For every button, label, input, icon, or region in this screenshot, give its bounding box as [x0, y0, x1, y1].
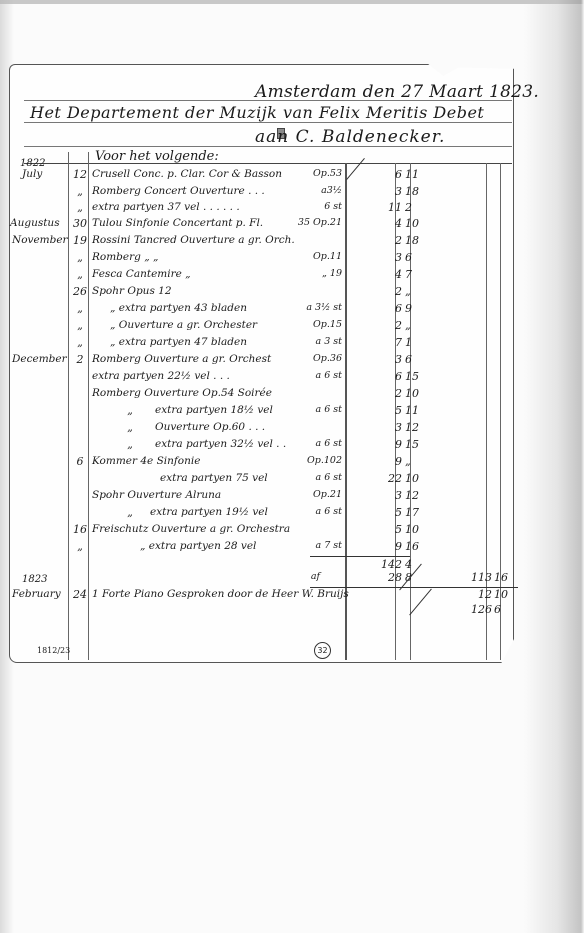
entry-day: „ [70, 201, 90, 214]
entry-guilders: 22 [362, 472, 402, 485]
entry-stivers: 6 [405, 353, 427, 366]
entry-guilders: 9 [362, 540, 402, 553]
net-stivers: 16 [494, 571, 516, 584]
entry-day: „ [120, 421, 140, 434]
scan-border-top [0, 0, 584, 4]
entry-reference: 35 Op.21 [280, 217, 342, 228]
entry-reference: Op.102 [280, 455, 342, 466]
entry-description: Rossini Tancred Ouverture a gr. Orch. [92, 234, 295, 246]
ledger-row: „ extra partyen 18½ vel a 6 st 5 11 [0, 404, 584, 422]
ledger-row: 6 Kommer 4e Sinfonie Op.102 9 „ [0, 455, 584, 473]
ledger-row: Augustus 30 Tulou Sinfonie Concertant p.… [0, 217, 584, 235]
entry-stivers: 10 [494, 588, 516, 601]
entry-reference: Op.11 [280, 251, 342, 262]
ledger-row: 16 Freischutz Ouverture a gr. Orchestra … [0, 523, 584, 541]
entry-guilders: 7 [362, 336, 402, 349]
entry-day: 26 [70, 285, 90, 298]
entry-description: Tulou Sinfonie Concertant p. Fl. [92, 217, 263, 229]
intro-text: Voor het volgende: [95, 149, 219, 164]
entry-stivers: 17 [405, 506, 427, 519]
entry-description: extra partyen 19½ vel [150, 506, 268, 518]
entry-guilders: 3 [362, 251, 402, 264]
entry-guilders: 2 [362, 285, 402, 298]
entry-day: 19 [70, 234, 90, 247]
entry-day: „ [120, 506, 140, 519]
entry-stivers: 9 [405, 302, 427, 315]
entry-guilders: 6 [362, 168, 402, 181]
entry-stivers: 11 [405, 168, 427, 181]
ledger-row: „ Romberg „ „ Op.11 3 6 [0, 251, 584, 269]
entry-day: 2 [70, 353, 90, 366]
entry-description: 1 Forte Piano Gesproken door de Heer W. … [92, 588, 349, 600]
entry-stivers: 15 [405, 438, 427, 451]
entry-month: February [12, 588, 61, 600]
entry-day: „ [70, 302, 90, 315]
entry-guilders: 4 [362, 268, 402, 281]
entry-description: Crusell Conc. p. Clar. Cor & Basson [92, 168, 282, 180]
entry-year: 1823 [22, 574, 47, 585]
entry-reference: a 6 st [280, 438, 342, 449]
entry-reference: a 7 st [280, 540, 342, 551]
entry-description: Romberg Ouverture a gr. Orchest [92, 353, 271, 365]
entry-description: Spohr Ouverture Alruna [92, 489, 221, 501]
entry-day: „ [70, 336, 90, 349]
entry-stivers: 15 [405, 370, 427, 383]
entry-month: Augustus [10, 217, 60, 229]
entry-reference: a 3½ st [280, 302, 342, 313]
entry-guilders: 5 [362, 506, 402, 519]
entry-guilders: 11 [362, 201, 402, 214]
entry-reference: Op.21 [280, 489, 342, 500]
entry-description: Kommer 4e Sinfonie [92, 455, 200, 467]
entry-description: Ouverture Op.60 . . . [155, 421, 265, 433]
entry-reference: a3½ [280, 185, 342, 196]
grand-total-rule [372, 587, 518, 588]
page-number-stamp: 32 [314, 642, 331, 659]
entry-guilders: 9 [362, 455, 402, 468]
entry-stivers: „ [405, 285, 427, 298]
entry-description: „ extra partyen 47 bladen [110, 336, 247, 348]
entry-stivers: 16 [405, 540, 427, 553]
entry-guilders: 3 [362, 353, 402, 366]
ledger-row: „ extra partyen 19½ vel a 6 st 5 17 [0, 506, 584, 524]
entry-stivers: 1 [405, 336, 427, 349]
ledger-row: „ „ extra partyen 47 bladen a 3 st 7 1 [0, 336, 584, 354]
archive-code: 1812/23 [37, 646, 70, 655]
ledger-row: „ Fesca Cantemire „ „ 19 4 7 [0, 268, 584, 286]
entry-month: July [22, 168, 42, 180]
entry-reference: 6 st [280, 201, 342, 212]
ledger-row: Spohr Ouverture Alruna Op.21 3 12 [0, 489, 584, 507]
entry-stivers: 10 [405, 217, 427, 230]
entry-reference: Op.36 [280, 353, 342, 364]
ledger-row: 26 Spohr Opus 12 2 „ [0, 285, 584, 303]
entry-day: 6 [70, 455, 90, 468]
entry-day: 30 [70, 217, 90, 230]
entry-description: Freischutz Ouverture a gr. Orchestra [92, 523, 290, 535]
entry-guilders: 2 [362, 387, 402, 400]
entry-stivers: 10 [405, 387, 427, 400]
entry-guilders: 5 [362, 404, 402, 417]
entry-reference: a 6 st [280, 472, 342, 483]
deduction-label: af [270, 571, 320, 582]
entry-description: extra partyen 22½ vel . . . [92, 370, 230, 382]
entry-guilders: 3 [362, 421, 402, 434]
entry-day: „ [70, 185, 90, 198]
place-date: Amsterdam den 27 Maart 1823. [255, 82, 539, 102]
entry-description: extra partyen 37 vel . . . . . . [92, 201, 240, 213]
entry-description: Romberg Ouverture Op.54 Soirée [92, 387, 272, 399]
entry-guilders: 6 [362, 370, 402, 383]
ledger-row: „ extra partyen 32½ vel . . a 6 st 9 15 [0, 438, 584, 456]
entry-day: „ [70, 268, 90, 281]
entry-stivers: 2 [405, 201, 427, 214]
entry-stivers: „ [405, 455, 427, 468]
ledger-row: „ „ extra partyen 28 vel a 7 st 9 16 [0, 540, 584, 558]
entry-description: Romberg „ „ [92, 251, 158, 263]
entry-description: „ extra partyen 28 vel [140, 540, 256, 552]
entry-guilders: 9 [362, 438, 402, 451]
entry-description: Romberg Concert Ouverture . . . [92, 185, 265, 197]
entry-day: 24 [70, 588, 90, 601]
ledger-row: „ „ Ouverture a gr. Orchester Op.15 2 „ [0, 319, 584, 337]
entry-reference: a 6 st [280, 506, 342, 517]
entry-stivers: 11 [405, 404, 427, 417]
entry-stivers: 6 [405, 251, 427, 264]
entry-description: extra partyen 32½ vel . . [155, 438, 286, 450]
grand-total-row: 126 6 [0, 603, 584, 621]
entry-month: December [12, 353, 67, 365]
entry-reference: a 3 st [280, 336, 342, 347]
ledger-row: extra partyen 22½ vel . . . a 6 st 6 15 [0, 370, 584, 388]
header-rule-2 [24, 122, 512, 123]
ledger-row: November 19 Rossini Tancred Ouverture a … [0, 234, 584, 252]
entry-description: „ extra partyen 43 bladen [110, 302, 247, 314]
entry-stivers: 18 [405, 185, 427, 198]
subtotal-guilders: 142 [362, 558, 402, 571]
entry-description: „ Ouverture a gr. Orchester [110, 319, 257, 331]
entry-guilders: 3 [362, 185, 402, 198]
entry-day: „ [70, 540, 90, 553]
entry-guilders: 5 [362, 523, 402, 536]
subtotal-rule [310, 556, 410, 557]
entry-reference: „ 19 [280, 268, 342, 279]
ledger-row: 1822 July 12 Crusell Conc. p. Clar. Cor … [0, 168, 584, 186]
entry-guilders: 6 [362, 302, 402, 315]
entry-day: 16 [70, 523, 90, 536]
entry-day: 12 [70, 168, 90, 181]
entry-stivers: 18 [405, 234, 427, 247]
entry-stivers: „ [405, 319, 427, 332]
ledger-row: „ „ extra partyen 43 bladen a 3½ st 6 9 [0, 302, 584, 320]
entry-reference: a 6 st [280, 404, 342, 415]
debtor-line: Het Departement der Muzijk van Felix Mer… [30, 103, 484, 122]
entry-stivers: 10 [405, 523, 427, 536]
entry-day: „ [120, 404, 140, 417]
entry-guilders: 2 [362, 319, 402, 332]
entry-description: Spohr Opus 12 [92, 285, 172, 297]
entry-guilders: 4 [362, 217, 402, 230]
entry-day: „ [120, 438, 140, 451]
entry-guilders: 12 [460, 588, 492, 601]
entry-stivers: 12 [405, 421, 427, 434]
ledger-row: December 2 Romberg Ouverture a gr. Orche… [0, 353, 584, 371]
entry-stivers: 12 [405, 489, 427, 502]
entry-month: November [12, 234, 68, 246]
deduction-guilders: 28 [362, 571, 402, 584]
entry-stivers: 7 [405, 268, 427, 281]
creditor-line: aan C. Baldenecker. [255, 127, 445, 147]
ledger-row: „ Ouverture Op.60 . . . 3 12 [0, 421, 584, 439]
entry-guilders: 3 [362, 489, 402, 502]
entry-reference: Op.53 [280, 168, 342, 179]
ledger-row: extra partyen 75 vel a 6 st 22 10 [0, 472, 584, 490]
ledger-row: Romberg Ouverture Op.54 Soirée 2 10 [0, 387, 584, 405]
entry-guilders: 2 [362, 234, 402, 247]
grand-total-stivers: 6 [494, 603, 516, 616]
entry-description: extra partyen 18½ vel [155, 404, 273, 416]
entry-day: „ [70, 251, 90, 264]
grand-total-guilders: 126 [460, 603, 492, 616]
net-guilders: 113 [460, 571, 492, 584]
entry-description: extra partyen 75 vel [160, 472, 268, 484]
entry-day: „ [70, 319, 90, 332]
entry-reference: Op.15 [280, 319, 342, 330]
entry-stivers: 10 [405, 472, 427, 485]
entry-description: Fesca Cantemire „ [92, 268, 191, 280]
entry-reference: a 6 st [280, 370, 342, 381]
